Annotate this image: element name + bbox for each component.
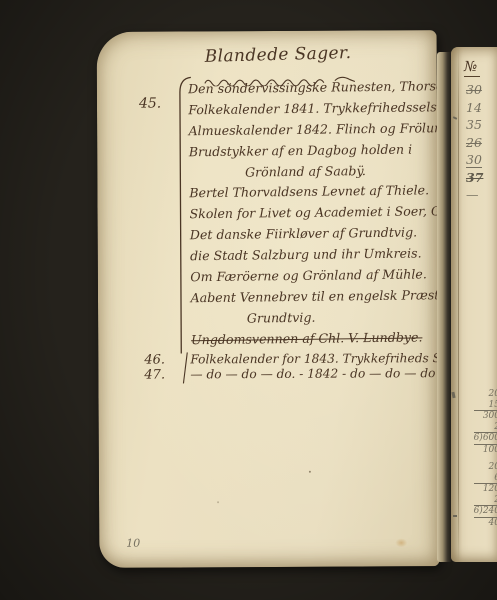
number-column-header: №	[464, 59, 480, 77]
calc-line: 6)600	[474, 432, 497, 444]
penciled-number: 37	[466, 169, 483, 187]
entry-46-text: Folkekalender for 1843. Trykkefriheds Se…	[190, 351, 469, 366]
penciled-number: 26	[466, 134, 483, 152]
number-column: 30 14 35 26 30 37 —	[466, 81, 483, 204]
calc-line: 100	[474, 444, 497, 456]
manuscript-line: Aabent Vennebrev til en engelsk Præst fr…	[190, 285, 436, 309]
manuscript-line: Om Færöerne og Grönland af Mühle.	[190, 264, 436, 288]
binding-mark	[451, 392, 455, 398]
entry-number-46: 46.	[144, 353, 165, 368]
manuscript-line: Almueskalender 1842. Flinch og Frölund.	[188, 118, 434, 142]
calc-line: 2	[474, 422, 497, 433]
manuscript-line: Brudstykker af en Dagbog holden i	[189, 139, 435, 163]
manuscript-line: Det danske Fiirkløver af Grundtvig.	[190, 222, 436, 246]
manuscript-line: die Stadt Salzburg und ihr Umkreis.	[190, 243, 436, 267]
notebook-right-page: № 30 14 35 26 30 37 — 20 15 300 2 6)600 …	[451, 47, 497, 562]
right-page-crease	[458, 47, 459, 562]
entry-47-text: — do — do — do. - 1842 - do — do — do	[190, 366, 435, 381]
penciled-number: 30	[466, 81, 483, 99]
manuscript-line: Grundtvig.	[191, 306, 437, 330]
paper-speck	[217, 501, 219, 503]
manuscript-line: Den söndervissingske Runesten, Thorsen.	[188, 76, 434, 100]
calc-line: 300	[474, 410, 497, 422]
penciled-dash: —	[466, 186, 483, 204]
penciled-number: 35	[466, 116, 483, 134]
binding-mark	[453, 116, 457, 120]
page-stain	[395, 538, 407, 547]
calc-line: 2	[474, 495, 497, 506]
calc-line: 20	[474, 389, 497, 400]
manuscript-line: Folkekalender 1841. Trykkefrihedsselskab…	[188, 97, 434, 121]
manuscript-line: Grönland af Saabÿ.	[189, 160, 435, 184]
calc-line: 20	[474, 462, 497, 473]
calc-line: 40	[474, 517, 497, 529]
manuscript-line-struck: Ungdomsvennen af Chl. V. Lundbye.	[191, 327, 437, 351]
entry-number-45: 45.	[139, 96, 161, 112]
notebook-left-page: Blandede Sager. 45. Den söndervissingske…	[97, 30, 440, 568]
page-title: Blandede Sager.	[204, 43, 351, 67]
binding-mark	[453, 515, 457, 517]
manuscript-line: Skolen for Livet og Academiet i Soer, Gr…	[189, 202, 435, 226]
entry-46-47-bracket	[181, 351, 189, 389]
manuscript-line: Bertel Thorvaldsens Levnet af Thiele.	[189, 181, 435, 205]
folio-page-number: 10	[126, 537, 140, 550]
calc-line: 120	[474, 483, 497, 495]
calc-line: 15	[474, 400, 497, 411]
pencil-calculation-bottom: 20 6 120 2 6)240 40	[474, 462, 497, 529]
page-fore-edge	[437, 52, 451, 562]
calc-line: 6	[474, 473, 497, 484]
penciled-number: 30	[466, 153, 482, 168]
calc-line: 6)240	[474, 505, 497, 517]
penciled-number: 14	[466, 99, 483, 117]
pencil-calculation-top: 20 15 300 2 6)600 100	[474, 389, 497, 456]
entry-number-47: 47.	[144, 368, 165, 383]
paper-speck	[309, 471, 311, 473]
entry-45-text-block: Den söndervissingske Runesten, Thorsen. …	[188, 76, 437, 351]
